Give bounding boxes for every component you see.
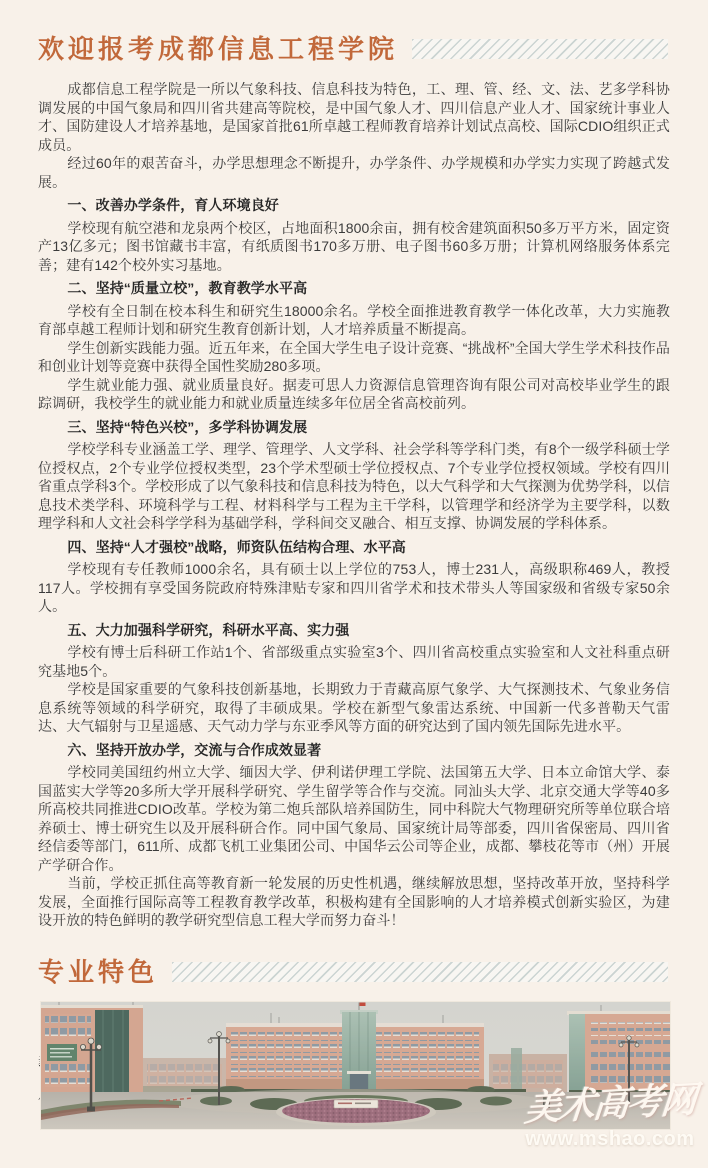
watermark-site-url: www.mshao.com — [516, 1128, 704, 1151]
body-paragraph: 当前，学校正抓住高等教育新一轮发展的历史性机遇，继续解放思想，坚持改革开放，坚持… — [38, 874, 670, 930]
body-paragraph: 一、改善办学条件，育人环境良好 — [38, 196, 670, 215]
body-paragraph: 学校是国家重要的气象科技创新基地，长期致力于青藏高原气象学、大气探测技术、气象业… — [38, 680, 670, 736]
body-paragraph: 学校现有专任教师1000余名，具有硕士以上学位的753人，博士231人，高级职称… — [38, 560, 670, 616]
body-paragraph: 二、坚持“质量立校”，教育教学水平高 — [38, 279, 670, 298]
body-paragraph: 三、坚持“特色兴校”，多学科协调发展 — [38, 418, 670, 437]
body-paragraph: 学校学科专业涵盖工学、理学、管理学、人文学科、社会学科等学科门类，有8个一级学科… — [38, 440, 670, 533]
body-paragraph: 六、坚持开放办学，交流与合作成效显著 — [38, 741, 670, 760]
body-paragraph: 五、大力加强科学研究，科研水平高、实力强 — [38, 621, 670, 640]
body-paragraph: 学校有全日制在校本科生和研究生18000余名。学校全面推进教育教学一体化改革，大… — [38, 302, 670, 339]
diagonal-stripes-decoration — [412, 39, 668, 59]
body-paragraph: 成都信息工程学院是一所以气象科技、信息科技为特色，工、理、管、经、文、法、艺多学… — [38, 80, 670, 154]
section-header-welcome: 欢迎报考成都信息工程学院 — [38, 0, 668, 65]
diagonal-stripes-decoration — [172, 962, 668, 982]
body-paragraph: 四、坚持“人才强校”战略，师资队伍结构合理、水平高 — [38, 538, 670, 557]
body-paragraph: 学校有博士后科研工作站1个、省部级重点实验室3个、四川省高校重点实验室和人文社科… — [38, 643, 670, 680]
body-paragraph: 学校现有航空港和龙泉两个校区，占地面积1800余亩，拥有校舍建筑面积50多万平方… — [38, 219, 670, 275]
intro-text-block: 成都信息工程学院是一所以气象科技、信息科技为特色，工、理、管、经、文、法、艺多学… — [38, 80, 670, 930]
campus-photo — [40, 1001, 671, 1130]
body-paragraph: 学校同美国纽约州立大学、缅因大学、伊利诺伊理工学院、法国第五大学、日本立命馆大学… — [38, 763, 670, 874]
body-paragraph: 学生创新实践能力强。近五年来，在全国大学生电子设计竞赛、“挑战杯”全国大学生学术… — [38, 339, 670, 376]
brochure-page: 欢迎报考成都信息工程学院 成都信息工程学院是一所以气象科技、信息科技为特色，工、… — [0, 0, 708, 1168]
page-title: 欢迎报考成都信息工程学院 — [38, 33, 398, 65]
body-paragraph: 学生就业能力强、就业质量良好。据麦可思人力资源信息管理咨询有限公司对高校毕业学生… — [38, 376, 670, 413]
section2-title: 专业特色 — [38, 956, 158, 988]
section-header-features: 专业特色 — [38, 930, 668, 988]
body-paragraph: 经过60年的艰苦奋斗，办学思想理念不断提升，办学条件、办学规模和办学实力实现了跨… — [38, 154, 670, 191]
campus-photo-illustration — [41, 1002, 670, 1129]
